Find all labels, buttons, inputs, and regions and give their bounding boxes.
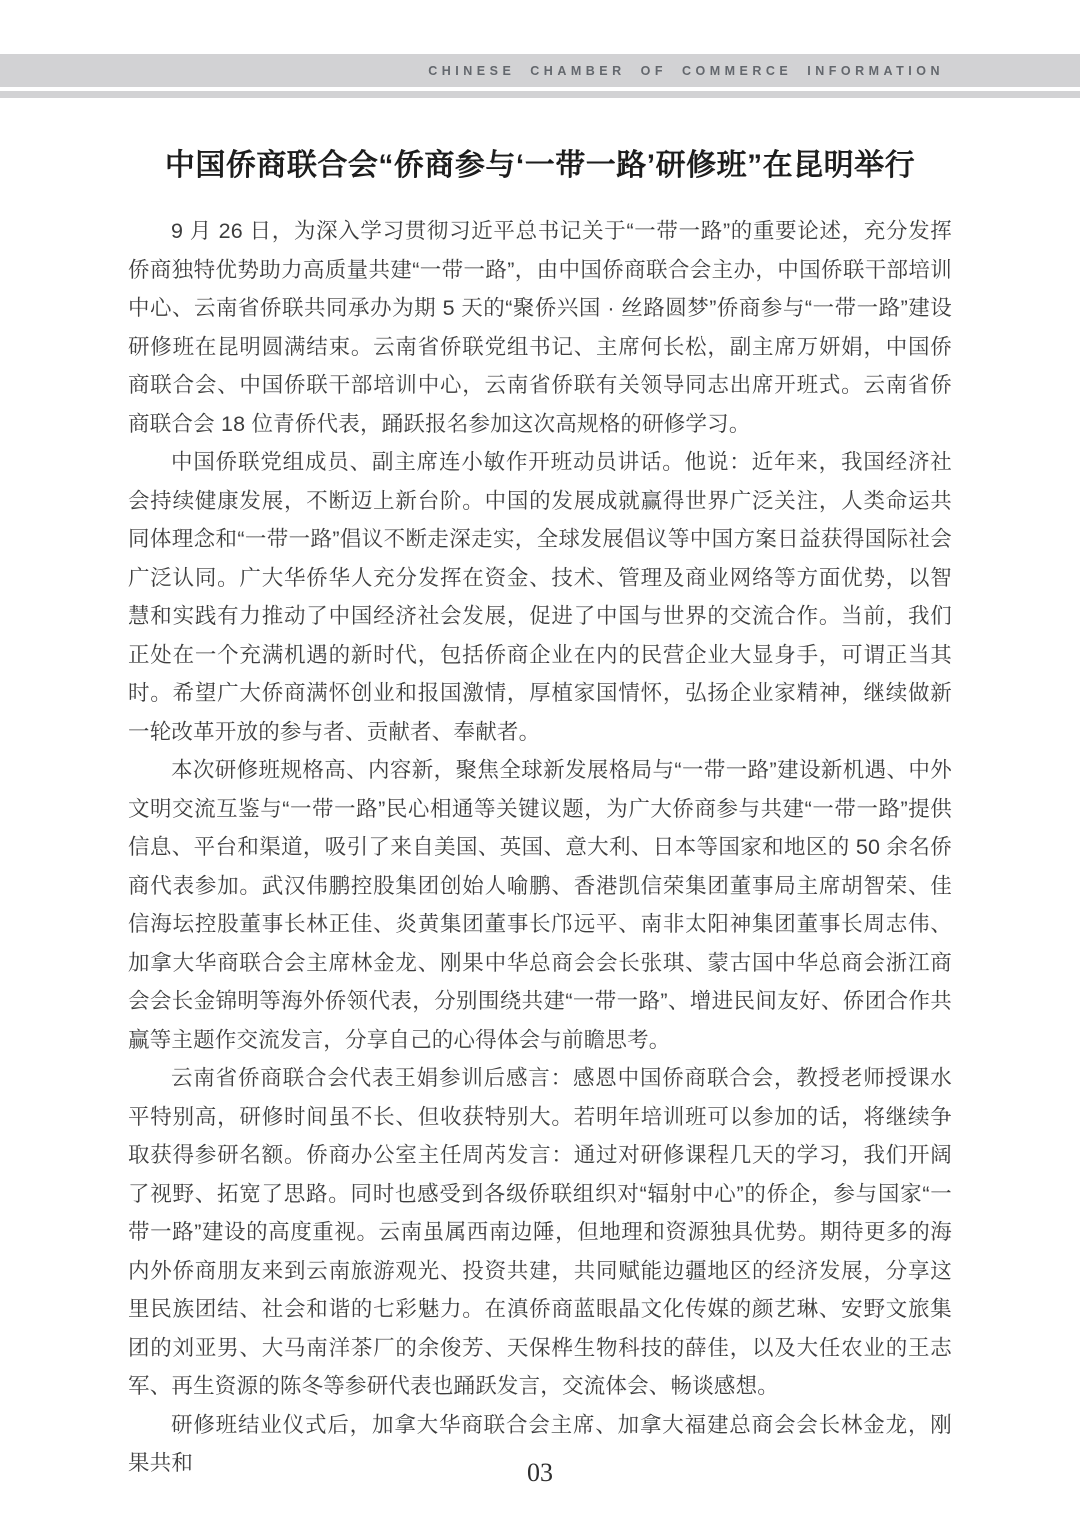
article-title: 中国侨商联合会“侨商参与‘一带一路’研修班”在昆明举行 — [128, 98, 952, 212]
header-banner: CHINESE CHAMBER OF COMMERCE INFORMATION — [0, 54, 1080, 87]
page-number: 03 — [0, 1458, 1080, 1488]
header-banner-text: CHINESE CHAMBER OF COMMERCE INFORMATION — [428, 64, 944, 78]
document-page: CHINESE CHAMBER OF COMMERCE INFORMATION … — [0, 0, 1080, 1525]
article-paragraph: 9 月 26 日，为深入学习贯彻习近平总书记关于“一带一路”的重要论述，充分发挥… — [128, 212, 952, 443]
article: 中国侨商联合会“侨商参与‘一带一路’研修班”在昆明举行 9 月 26 日，为深入… — [128, 98, 952, 1483]
article-paragraph: 云南省侨商联合会代表王娟参训后感言：感恩中国侨商联合会，教授老师授课水平特别高，… — [128, 1059, 952, 1406]
header-divider — [0, 91, 1080, 98]
article-body: 9 月 26 日，为深入学习贯彻习近平总书记关于“一带一路”的重要论述，充分发挥… — [128, 212, 952, 1483]
article-paragraph: 本次研修班规格高、内容新，聚焦全球新发展格局与“一带一路”建设新机遇、中外文明交… — [128, 751, 952, 1059]
article-paragraph: 中国侨联党组成员、副主席连小敏作开班动员讲话。他说：近年来，我国经济社会持续健康… — [128, 443, 952, 751]
